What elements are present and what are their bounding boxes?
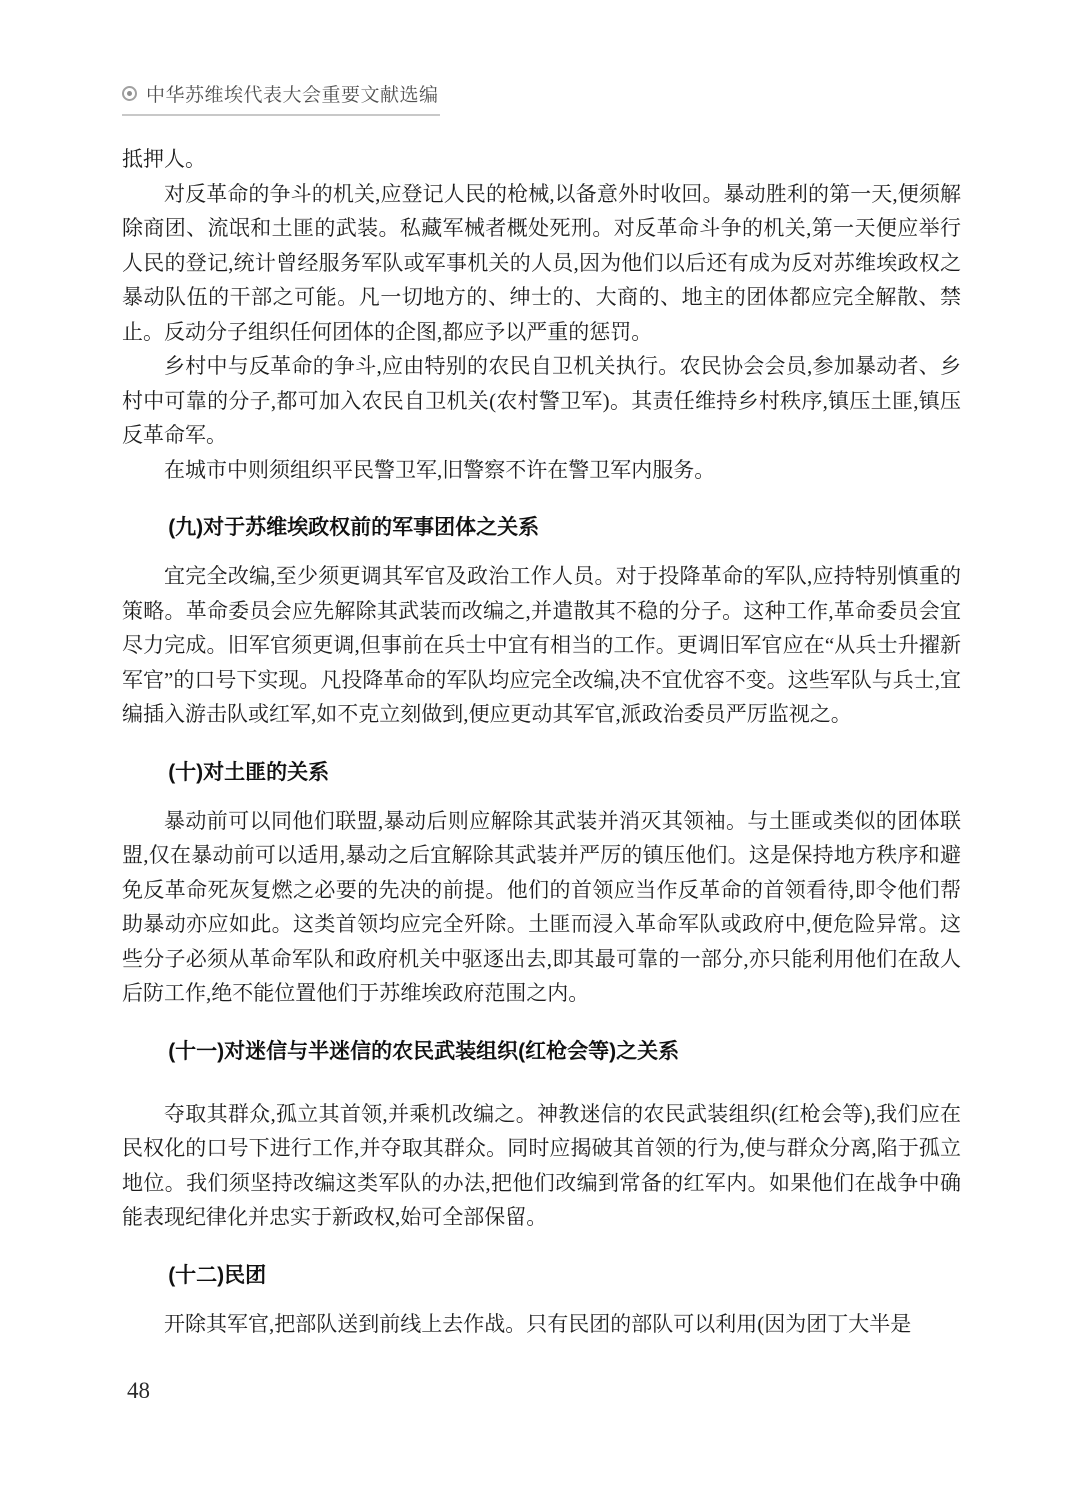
paragraph: 乡村中与反革命的争斗,应由特别的农民自卫机关执行。农民协会会员,参加暴动者、乡村… — [122, 349, 961, 453]
page-number: 48 — [127, 1378, 150, 1404]
section-heading-12: (十二)民团 — [122, 1261, 961, 1291]
section-heading-10: (十)对土匪的关系 — [122, 758, 961, 788]
section-heading-9: (九)对于苏维埃政权前的军事团体之关系 — [122, 513, 961, 543]
paragraph: 在城市中则须组织平民警卫军,旧警察不许在警卫军内服务。 — [122, 453, 961, 488]
paragraph: 对反革命的争斗的机关,应登记人民的枪械,以备意外时收回。暴动胜利的第一天,便须解… — [122, 177, 961, 350]
book-title: 中华苏维埃代表大会重要文献选编 — [146, 80, 439, 107]
page-header: 中华苏维埃代表大会重要文献选编 — [122, 80, 440, 116]
paragraph: 宜完全改编,至少须更调其军官及政治工作人员。对于投降革命的军队,应持特别慎重的策… — [122, 559, 961, 732]
circle-dot-icon — [122, 86, 137, 101]
paragraph: 暴动前可以同他们联盟,暴动后则应解除其武装并消灭其领袖。与土匪或类似的团体联盟,… — [122, 804, 961, 1011]
book-page: 中华苏维埃代表大会重要文献选编 抵押人。 对反革命的争斗的机关,应登记人民的枪械… — [0, 0, 1083, 1508]
circle-dot-icon-core — [127, 91, 132, 96]
document-body: 抵押人。 对反革命的争斗的机关,应登记人民的枪械,以备意外时收回。暴动胜利的第一… — [122, 142, 961, 1341]
section-heading-11: (十一)对迷信与半迷信的农民武装组织(红枪会等)之关系 — [122, 1037, 961, 1067]
paragraph-continuation: 抵押人。 — [122, 142, 961, 177]
paragraph: 开除其军官,把部队送到前线上去作战。只有民团的部队可以利用(因为团丁大半是 — [122, 1307, 961, 1342]
paragraph: 夺取其群众,孤立其首领,并乘机改编之。神教迷信的农民武装组织(红枪会等),我们应… — [122, 1097, 961, 1235]
